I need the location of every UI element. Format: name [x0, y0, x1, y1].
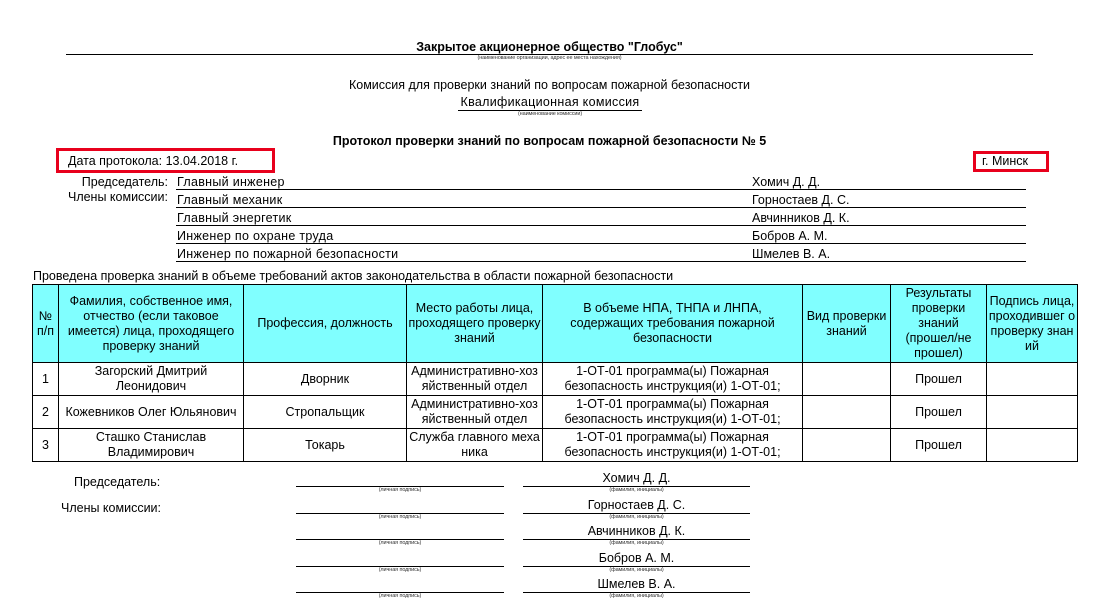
cell-signature [987, 396, 1078, 429]
member-underline [176, 225, 1026, 226]
cell-scope: 1-ОТ-01 программа(ы) Пожарная безопаснос… [543, 396, 803, 429]
signatory-name: Хомич Д. Д. [523, 471, 750, 485]
member-position: Главный инженер [177, 175, 285, 189]
signature-caption: (личная подпись) [296, 540, 504, 546]
cell-check-type [803, 396, 891, 429]
cell-signature [987, 429, 1078, 462]
member-name: Шмелев В. А. [752, 247, 830, 261]
cell-profession: Стропальщик [244, 396, 407, 429]
cell-check-type [803, 363, 891, 396]
signatory-name: Авчинников Д. К. [523, 524, 750, 538]
protocol-date: Дата протокола: 13.04.2018 г. [68, 154, 238, 168]
table-header-row: № п/п Фамилия, собственное имя, отчество… [33, 285, 1078, 363]
col-header-fio: Фамилия, собственное имя, отчество (если… [59, 285, 244, 363]
results-table: № п/п Фамилия, собственное имя, отчество… [32, 284, 1078, 462]
signature-caption: (личная подпись) [296, 514, 504, 520]
intro-text: Проведена проверка знаний в объеме требо… [33, 269, 673, 283]
name-caption: (фамилия, инициалы) [523, 514, 750, 520]
chairman-label: Председатель: [82, 175, 168, 189]
name-caption: (фамилия, инициалы) [523, 593, 750, 599]
table-row: 1Загорский Дмитрий ЛеонидовичДворникАдми… [33, 363, 1078, 396]
organization-name: Закрытое акционерное общество "Глобус" [66, 40, 1033, 54]
signature-chairman-label: Председатель: [74, 475, 160, 489]
cell-fio: Загорский Дмитрий Леонидович [59, 363, 244, 396]
cell-fio: Кожевников Олег Юльянович [59, 396, 244, 429]
member-underline [176, 243, 1026, 244]
signature-caption: (личная подпись) [296, 593, 504, 599]
signatory-name: Бобров А. М. [523, 551, 750, 565]
date-label: Дата протокола: [68, 154, 162, 168]
cell-fio: Сташко Станислав Владимирович [59, 429, 244, 462]
cell-num: 2 [33, 396, 59, 429]
cell-num: 3 [33, 429, 59, 462]
member-position: Инженер по охране труда [177, 229, 334, 243]
members-label: Члены комиссии: [68, 190, 168, 204]
member-underline [176, 261, 1026, 262]
commission-caption: (наименование комиссии) [458, 111, 642, 117]
cell-workplace: Служба главного механика [407, 429, 543, 462]
member-name: Горностаев Д. С. [752, 193, 849, 207]
cell-result: Прошел [891, 429, 987, 462]
col-header-number: № п/п [33, 285, 59, 363]
signatory-name: Горностаев Д. С. [523, 498, 750, 512]
cell-scope: 1-ОТ-01 программа(ы) Пожарная безопаснос… [543, 363, 803, 396]
commission-title: Комиссия для проверки знаний по вопросам… [66, 78, 1033, 92]
cell-check-type [803, 429, 891, 462]
cell-num: 1 [33, 363, 59, 396]
organization-caption: (наименование организации, адрес ее мест… [66, 55, 1033, 61]
cell-profession: Дворник [244, 363, 407, 396]
col-header-scope: В объеме НПА, ТНПА и ЛНПА, содержащих тр… [543, 285, 803, 363]
name-caption: (фамилия, инициалы) [523, 567, 750, 573]
member-name: Бобров А. М. [752, 229, 828, 243]
signature-caption: (личная подпись) [296, 487, 504, 493]
city: г. Минск [982, 154, 1028, 168]
cell-result: Прошел [891, 396, 987, 429]
table-row: 3Сташко Станислав ВладимировичТокарьСлуж… [33, 429, 1078, 462]
commission-name: Квалификационная комиссия [458, 95, 642, 109]
col-header-result: Результаты проверки знаний (прошел/не пр… [891, 285, 987, 363]
col-header-profession: Профессия, должность [244, 285, 407, 363]
member-underline [176, 189, 1026, 190]
cell-workplace: Административно-хозяйственный отдел [407, 363, 543, 396]
cell-signature [987, 363, 1078, 396]
member-position: Главный механик [177, 193, 282, 207]
col-header-signature: Подпись лица, проходившег о проверку зна… [987, 285, 1078, 363]
protocol-title: Протокол проверки знаний по вопросам пож… [66, 134, 1033, 148]
cell-workplace: Административно-хозяйственный отдел [407, 396, 543, 429]
col-header-workplace: Место работы лица, проходящего проверку … [407, 285, 543, 363]
cell-result: Прошел [891, 363, 987, 396]
table-row: 2Кожевников Олег ЮльяновичСтропальщикАдм… [33, 396, 1078, 429]
cell-profession: Токарь [244, 429, 407, 462]
col-header-check-type: Вид проверки знаний [803, 285, 891, 363]
signature-caption: (личная подпись) [296, 567, 504, 573]
date-value: 13.04.2018 г. [166, 154, 239, 168]
member-name: Авчинников Д. К. [752, 211, 850, 225]
signatory-name: Шмелев В. А. [523, 577, 750, 591]
member-name: Хомич Д. Д. [752, 175, 820, 189]
cell-scope: 1-ОТ-01 программа(ы) Пожарная безопаснос… [543, 429, 803, 462]
member-position: Главный энергетик [177, 211, 292, 225]
name-caption: (фамилия, инициалы) [523, 540, 750, 546]
member-underline [176, 207, 1026, 208]
name-caption: (фамилия, инициалы) [523, 487, 750, 493]
member-position: Инженер по пожарной безопасности [177, 247, 398, 261]
signature-members-label: Члены комиссии: [61, 501, 161, 515]
